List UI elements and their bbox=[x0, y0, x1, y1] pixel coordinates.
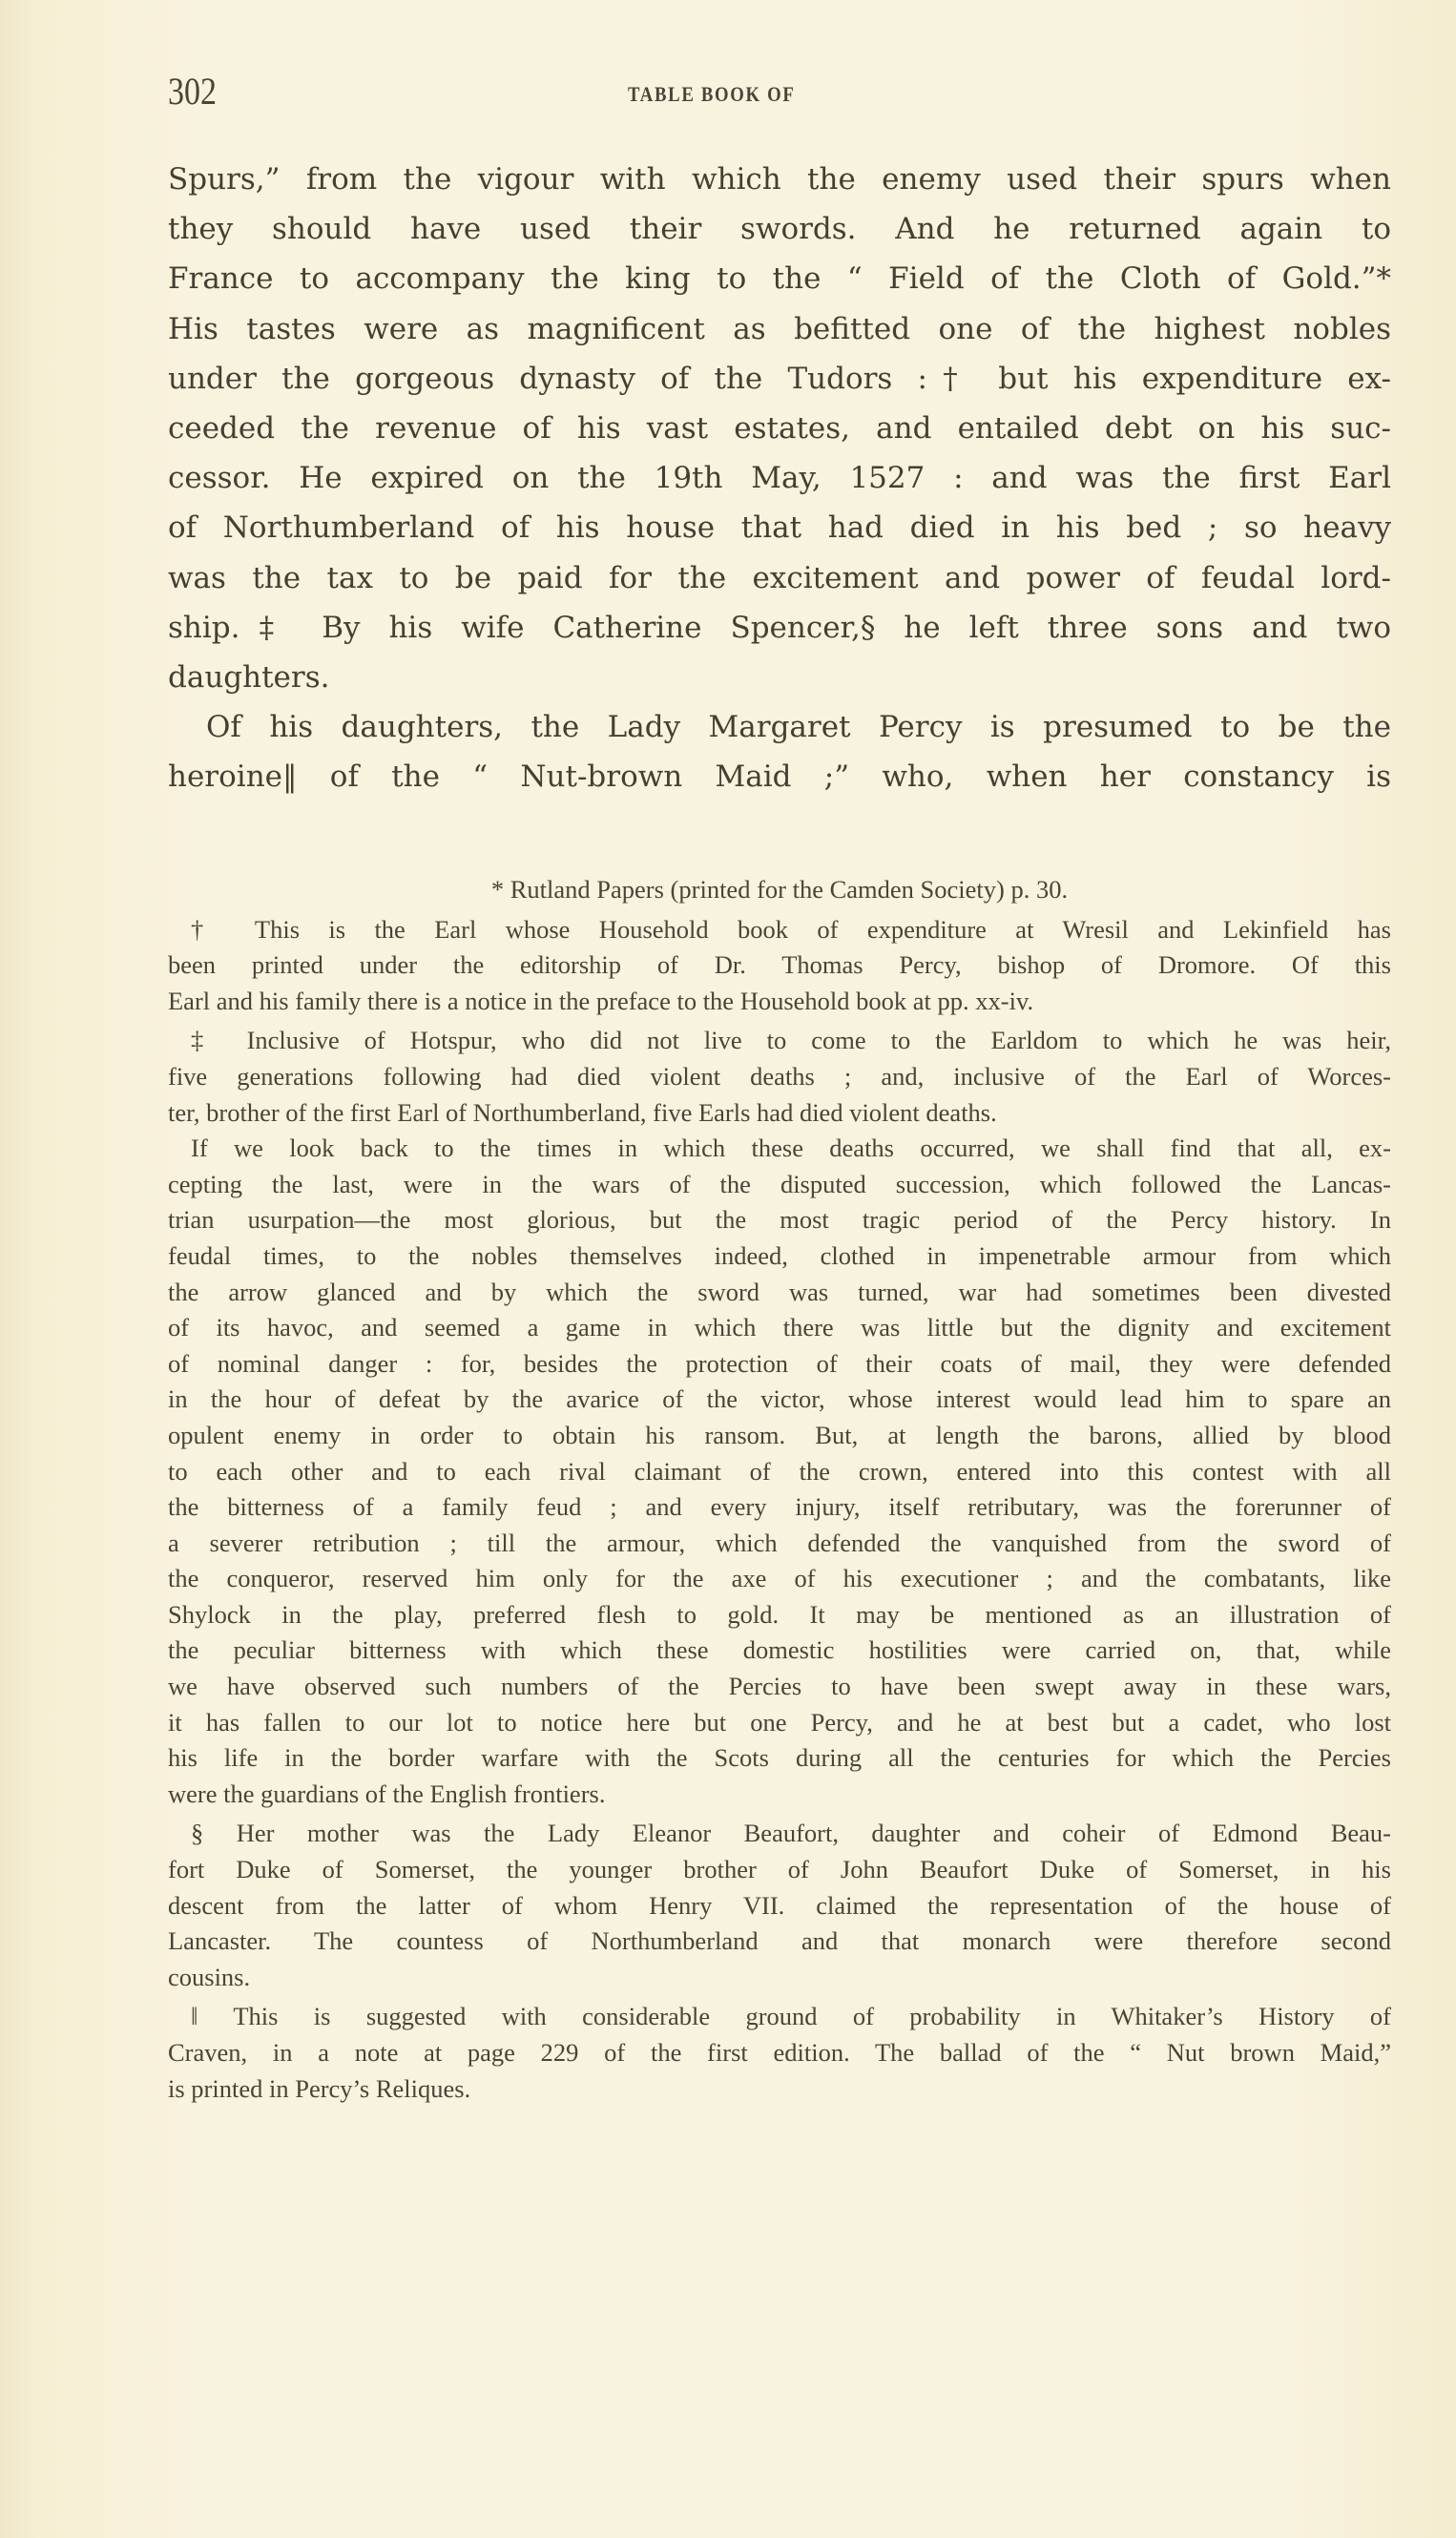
footnote-line: a severer retribution ; till the armour,… bbox=[168, 1526, 1391, 1562]
footnote-line: ‡ Inclusive of Hotspur, who did not live… bbox=[168, 1023, 1391, 1059]
footnote-line: trian usurpation—the most glorious, but … bbox=[168, 1202, 1391, 1238]
footnote: * Rutland Papers (printed for the Camden… bbox=[168, 872, 1391, 908]
footnote: ‖ This is suggested with considerable gr… bbox=[168, 1999, 1391, 2107]
footnote-line: Lancaster. The countess of Northumberlan… bbox=[168, 1924, 1391, 1960]
footnote-line: opulent enemy in order to obtain his ran… bbox=[168, 1418, 1391, 1454]
body-line: ship.‡ By his wife Catherine Spencer,§ h… bbox=[168, 603, 1391, 653]
page-number: 302 bbox=[168, 69, 217, 114]
footnotes: * Rutland Papers (printed for the Camden… bbox=[168, 872, 1391, 2111]
footnote-line: been printed under the editorship of Dr.… bbox=[168, 947, 1391, 984]
footnote-line: his life in the border warfare with the … bbox=[168, 1740, 1391, 1777]
page-header: 302 TABLE BOOK OF bbox=[168, 69, 1389, 116]
main-text: Spurs,” from the vigour with which the e… bbox=[168, 155, 1391, 801]
footnote-line: Earl and his family there is a notice in… bbox=[168, 984, 1391, 1020]
footnote: § Her mother was the Lady Eleanor Beaufo… bbox=[168, 1816, 1391, 1995]
footnote-line: five generations following had died viol… bbox=[168, 1059, 1391, 1095]
footnote-line: the peculiar bitterness with which these… bbox=[168, 1633, 1391, 1669]
footnote-line: cepting the last, were in the wars of th… bbox=[168, 1167, 1391, 1203]
footnote-line: descent from the latter of whom Henry VI… bbox=[168, 1888, 1391, 1924]
footnote-line: Shylock in the play, preferred flesh to … bbox=[168, 1597, 1391, 1633]
footnote-line: † This is the Earl whose Household book … bbox=[168, 912, 1391, 948]
footnote-line: ter, brother of the first Earl of Northu… bbox=[168, 1095, 1391, 1132]
footnote-line: * Rutland Papers (printed for the Camden… bbox=[168, 872, 1391, 908]
footnote-line: ‖ This is suggested with considerable gr… bbox=[168, 1999, 1391, 2035]
footnote: ‡ Inclusive of Hotspur, who did not live… bbox=[168, 1023, 1391, 1812]
footnote-line: Craven, in a note at page 229 of the fir… bbox=[168, 2035, 1391, 2071]
footnote-line: in the hour of defeat by the avarice of … bbox=[168, 1382, 1391, 1418]
body-line: they should have used their swords. And … bbox=[168, 204, 1391, 254]
footnote-line: the arrow glanced and by which the sword… bbox=[168, 1275, 1391, 1311]
body-line: Spurs,” from the vigour with which the e… bbox=[168, 155, 1391, 204]
footnote-line: is printed in Percy’s Reliques. bbox=[168, 2071, 1391, 2108]
body-line: France to accompany the king to the “ Fi… bbox=[168, 254, 1391, 303]
footnote-line: to each other and to each rival claimant… bbox=[168, 1454, 1391, 1490]
body-line: Of his daughters, the Lady Margaret Perc… bbox=[168, 702, 1391, 752]
footnote-line: cousins. bbox=[168, 1960, 1391, 1996]
body-line: was the tax to be paid for the excitemen… bbox=[168, 553, 1391, 603]
body-line: daughters. bbox=[168, 653, 1391, 702]
running-head: TABLE BOOK OF bbox=[628, 82, 796, 107]
body-line: heroine‖ of the “ Nut-brown Maid ;” who,… bbox=[168, 752, 1391, 801]
footnote-line: it has fallen to our lot to notice here … bbox=[168, 1705, 1391, 1741]
footnote-line: the bitterness of a family feud ; and ev… bbox=[168, 1489, 1391, 1526]
footnote-line: fort Duke of Somerset, the younger broth… bbox=[168, 1852, 1391, 1888]
body-line: ceeded the revenue of his vast estates, … bbox=[168, 404, 1391, 453]
footnote-line: of nominal danger : for, besides the pro… bbox=[168, 1346, 1391, 1383]
footnote-line: If we look back to the times in which th… bbox=[168, 1131, 1391, 1167]
body-line: His tastes were as magnificent as befitt… bbox=[168, 304, 1391, 354]
footnote-line: we have observed such numbers of the Per… bbox=[168, 1669, 1391, 1705]
footnote: † This is the Earl whose Household book … bbox=[168, 912, 1391, 1020]
footnote-line: the conqueror, reserved him only for the… bbox=[168, 1561, 1391, 1597]
footnote-line: feudal times, to the nobles themselves i… bbox=[168, 1238, 1391, 1275]
body-line: under the gorgeous dynasty of the Tudors… bbox=[168, 354, 1391, 404]
body-line: of Northumberland of his house that had … bbox=[168, 503, 1391, 552]
footnote-line: of its havoc, and seemed a game in which… bbox=[168, 1310, 1391, 1346]
body-line: cessor. He expired on the 19th May, 1527… bbox=[168, 453, 1391, 503]
footnote-line: § Her mother was the Lady Eleanor Beaufo… bbox=[168, 1816, 1391, 1852]
footnote-line: were the guardians of the English fronti… bbox=[168, 1777, 1391, 1813]
